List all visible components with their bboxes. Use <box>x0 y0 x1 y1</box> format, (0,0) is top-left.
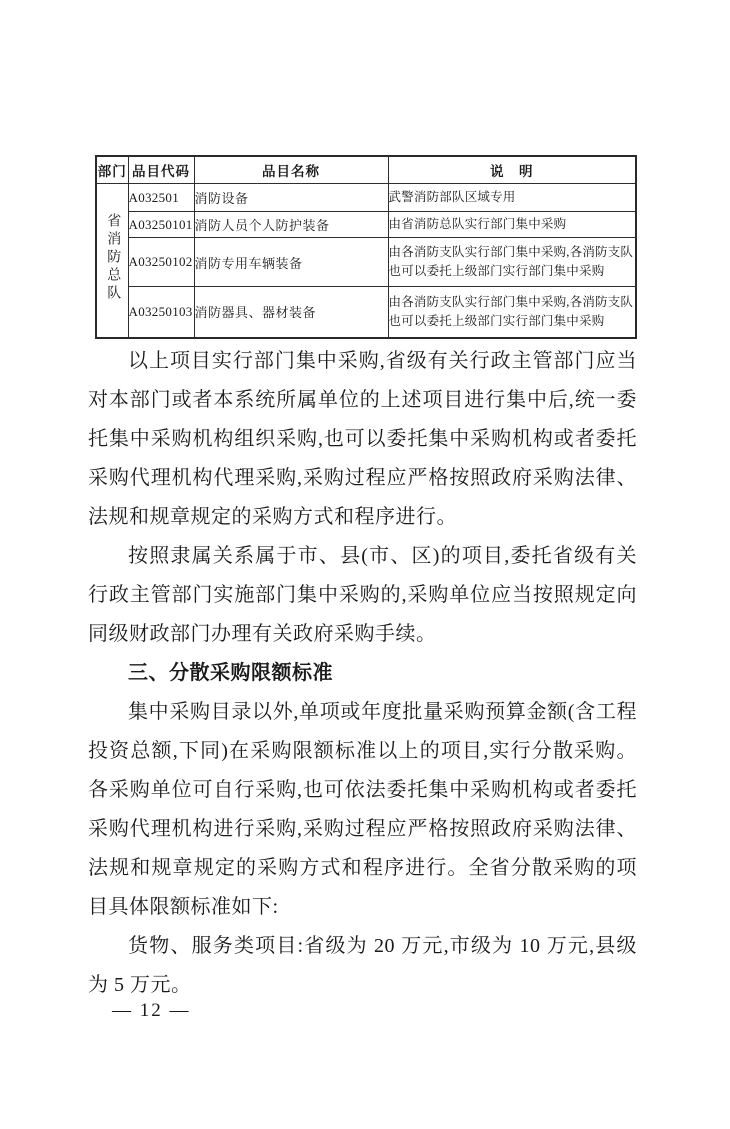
table-header-row: 部门 品目代码 品目名称 说 明 <box>96 156 636 184</box>
procurement-catalog-table: 部门 品目代码 品目名称 说 明 省消防总队 A032501 消防设备 武警消防… <box>95 155 637 339</box>
paragraph-goods-services-limits: 货物、服务类项目:省级为 20 万元,市级为 10 万元,县级为 5 万元。 <box>88 927 637 1005</box>
paragraph-centralized-procurement: 以上项目实行部门集中采购,省级有关行政主管部门应当对本部门或者本系统所属单位的上… <box>88 342 637 537</box>
cell-note: 由各消防支队实行部门集中采购,各消防支队也可以委托上级部门实行部门集中采购 <box>388 238 636 287</box>
cell-note: 武警消防部队区域专用 <box>388 184 636 212</box>
section-heading-decentralized-limit: 三、分散采购限额标准 <box>88 654 637 693</box>
cell-name: 消防设备 <box>194 184 388 212</box>
header-name: 品目名称 <box>194 156 388 184</box>
cell-code: A032501 <box>128 184 194 212</box>
paragraph-city-county-projects: 按照隶属关系属于市、县(市、区)的项目,委托省级有关行政主管部门实施部门集中采购… <box>88 537 637 654</box>
cell-code: A03250101 <box>128 212 194 238</box>
dept-group-cell: 省消防总队 <box>96 184 128 338</box>
header-dept: 部门 <box>96 156 128 184</box>
header-note: 说 明 <box>388 156 636 184</box>
document-body: 以上项目实行部门集中采购,省级有关行政主管部门应当对本部门或者本系统所属单位的上… <box>88 342 637 1005</box>
document-page: 部门 品目代码 品目名称 说 明 省消防总队 A032501 消防设备 武警消防… <box>0 0 730 1129</box>
cell-name: 消防专用车辆装备 <box>194 238 388 287</box>
cell-name: 消防人员个人防护装备 <box>194 212 388 238</box>
cell-code: A03250102 <box>128 238 194 287</box>
header-code: 品目代码 <box>128 156 194 184</box>
paragraph-decentralized-procurement: 集中采购目录以外,单项或年度批量采购预算金额(含工程投资总额,下同)在采购限额标… <box>88 693 637 927</box>
table-row: A03250103 消防器具、器材装备 由各消防支队实行部门集中采购,各消防支队… <box>96 287 636 338</box>
table-row: 省消防总队 A032501 消防设备 武警消防部队区域专用 <box>96 184 636 212</box>
dept-group-label: 省消防总队 <box>98 213 126 303</box>
cell-note: 由各消防支队实行部门集中采购,各消防支队也可以委托上级部门实行部门集中采购 <box>388 287 636 338</box>
cell-name: 消防器具、器材装备 <box>194 287 388 338</box>
page-number: — 12 — <box>112 1000 191 1022</box>
cell-code: A03250103 <box>128 287 194 338</box>
cell-note: 由省消防总队实行部门集中采购 <box>388 212 636 238</box>
table-row: A03250102 消防专用车辆装备 由各消防支队实行部门集中采购,各消防支队也… <box>96 238 636 287</box>
table-row: A03250101 消防人员个人防护装备 由省消防总队实行部门集中采购 <box>96 212 636 238</box>
